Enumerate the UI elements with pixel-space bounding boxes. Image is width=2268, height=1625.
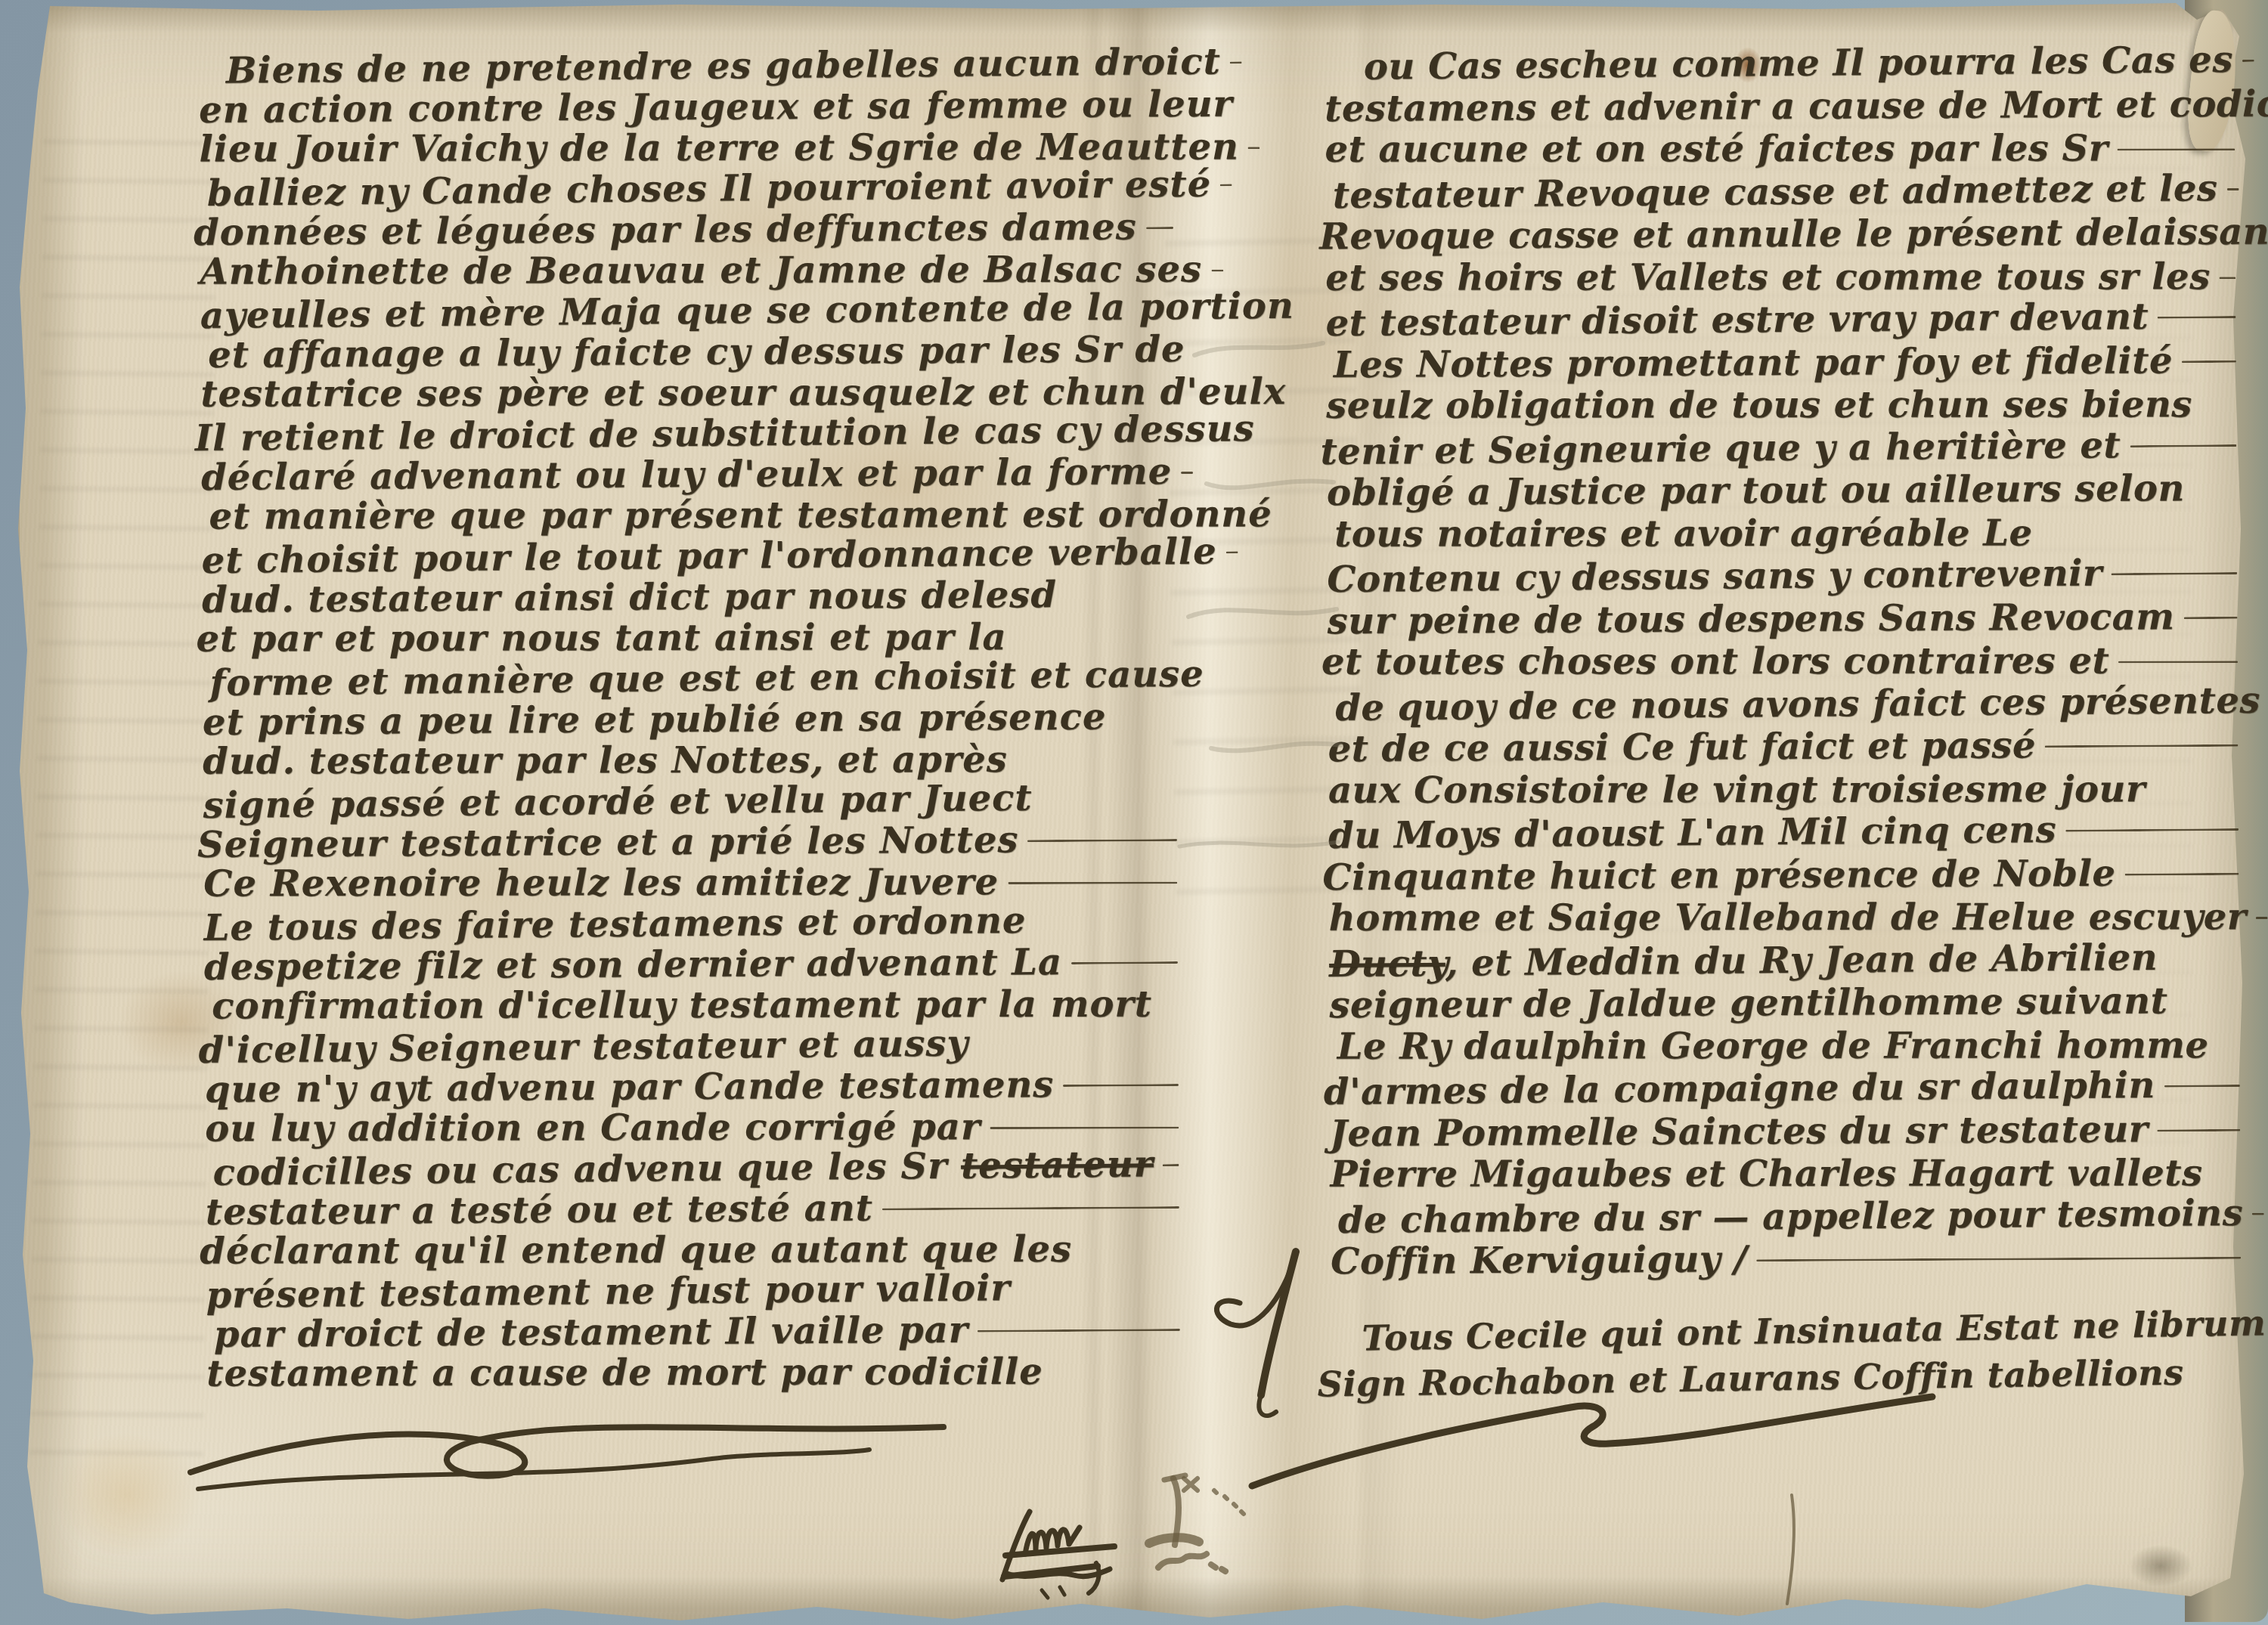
bottom-center-mark (1149, 1475, 1244, 1571)
closing-initial (1216, 1252, 1296, 1416)
ink-flourishes (0, 0, 2268, 1625)
bottom-left-mark (1002, 1512, 1114, 1598)
left-page-paraph (191, 1427, 943, 1489)
scanned-manuscript: Biens de ne pretendre es gabelles aucun … (0, 0, 2268, 1625)
notary-paraph (1252, 1397, 1932, 1604)
ghost-writing (1179, 343, 1341, 847)
